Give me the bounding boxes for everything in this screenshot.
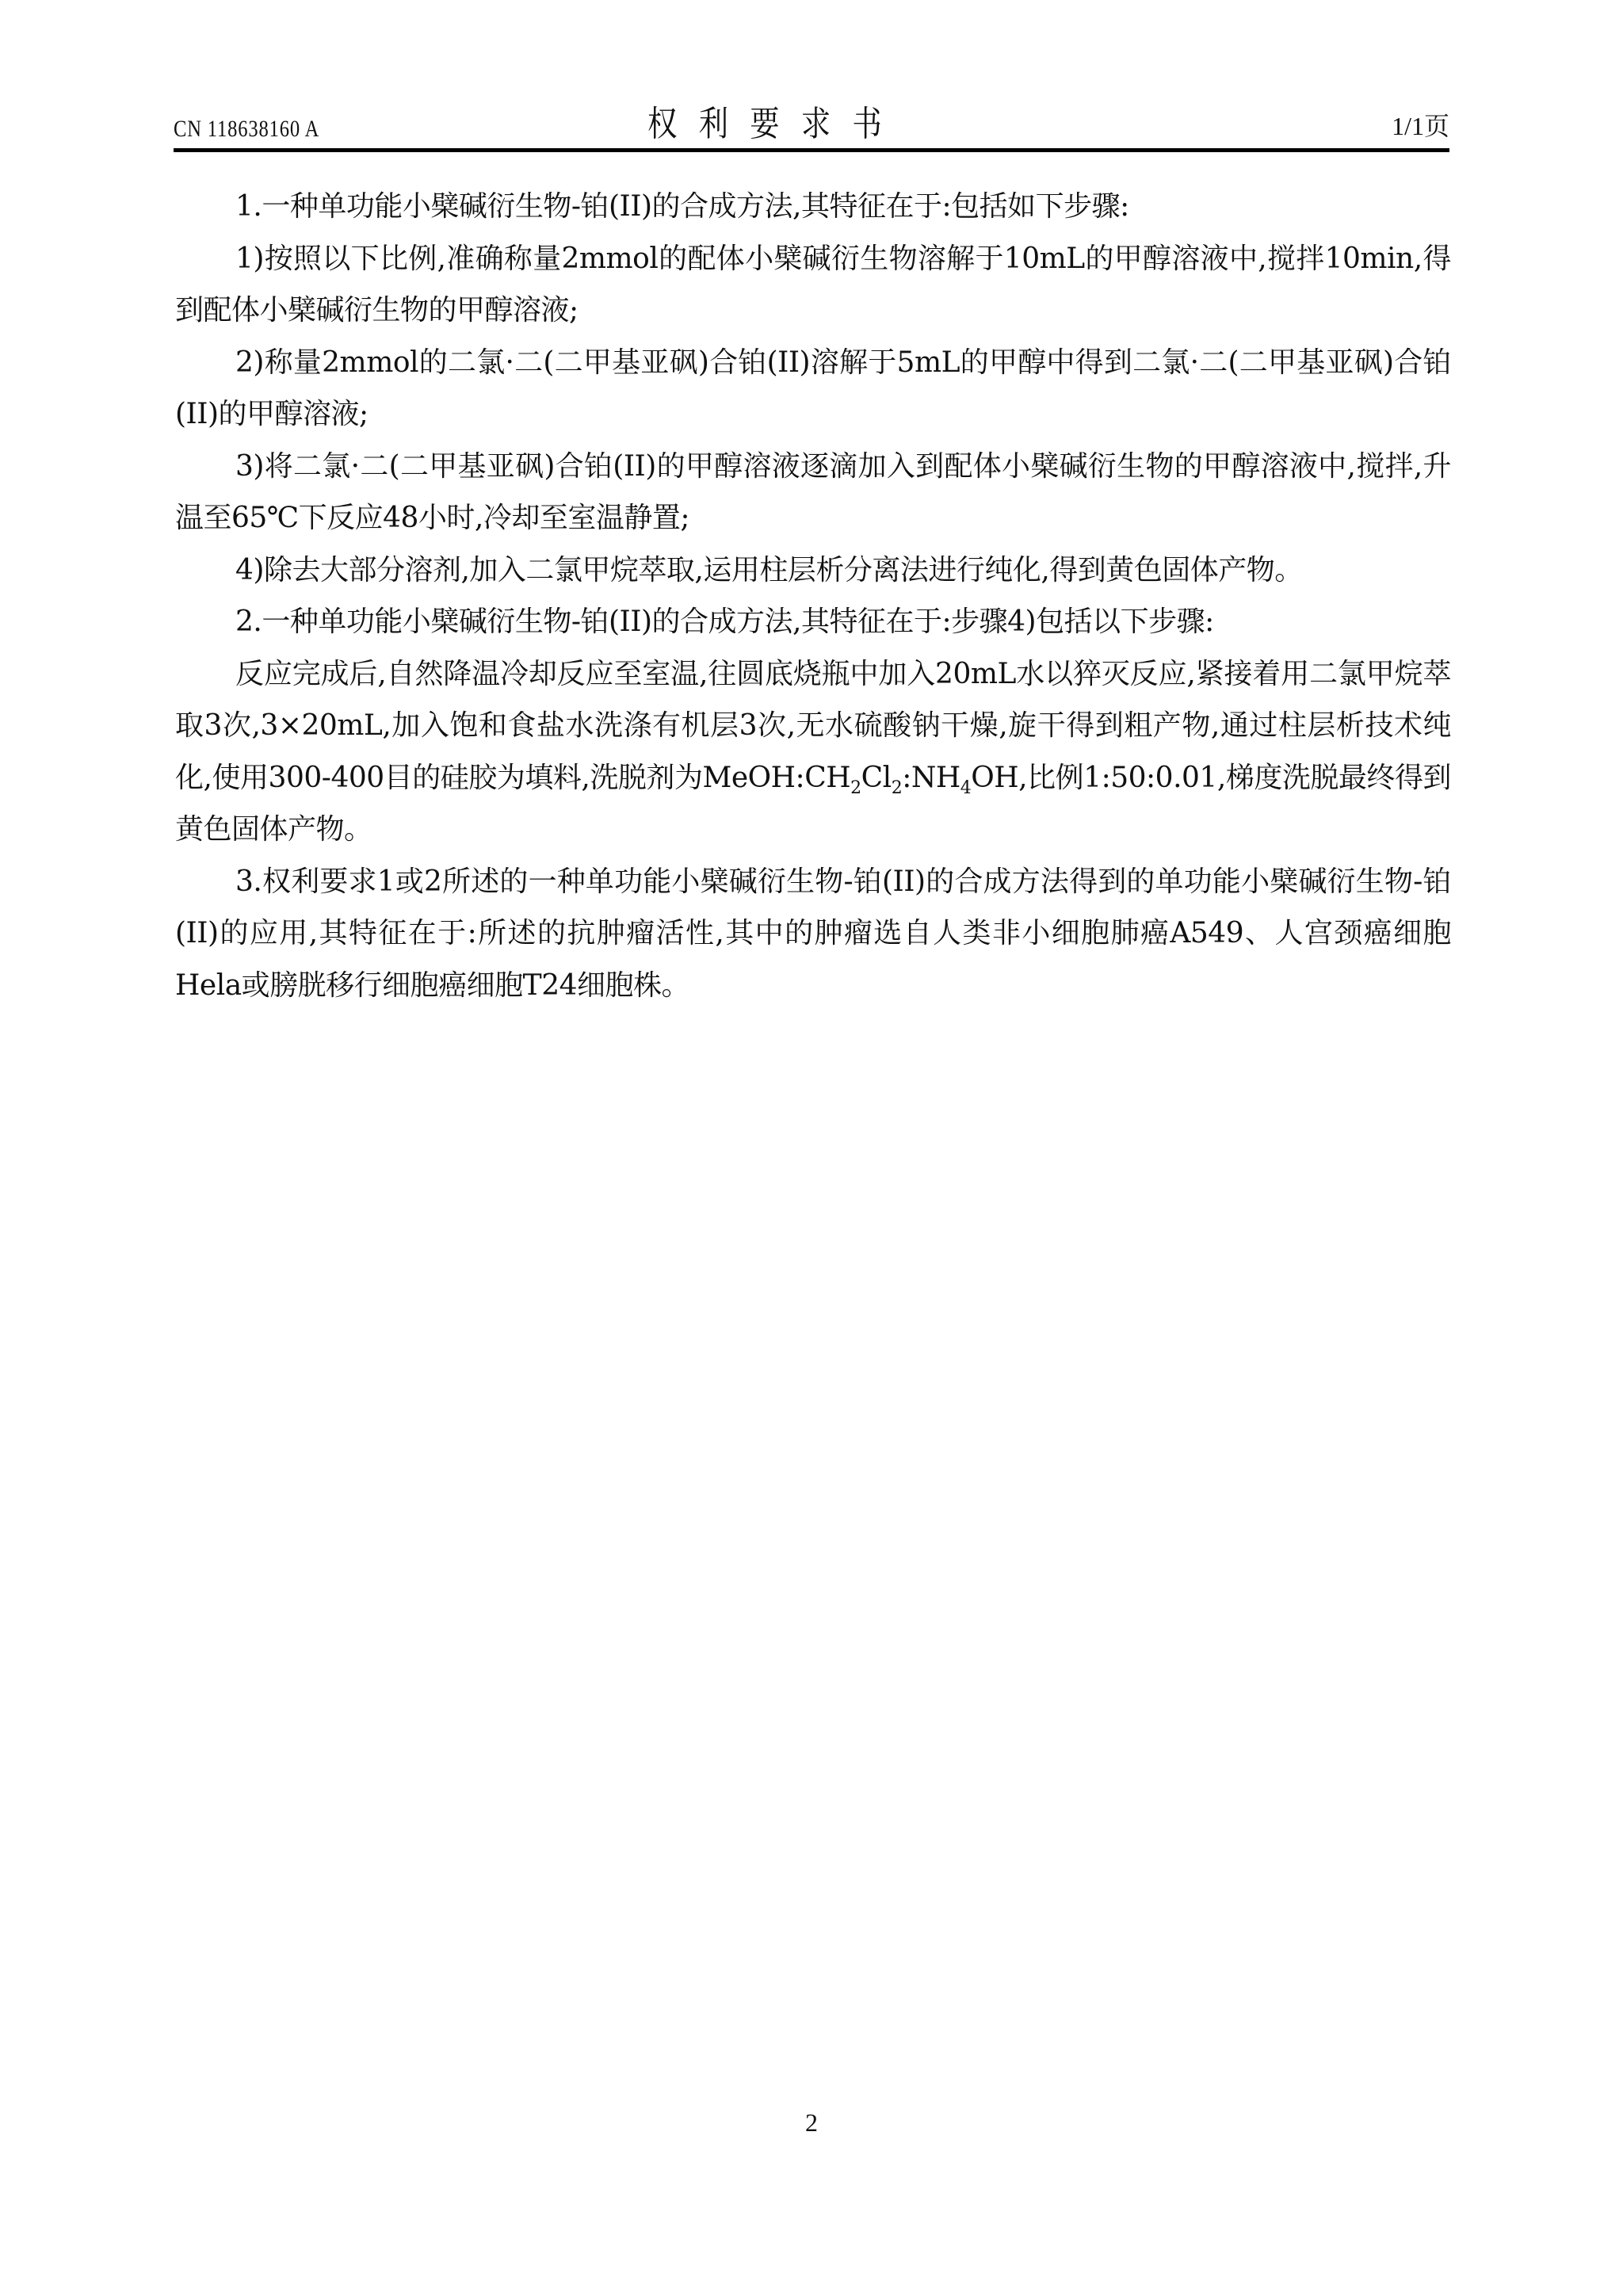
publication-number: CN 118638160 A <box>174 116 319 143</box>
claim-2-detail: 反应完成后,自然降温冷却反应至室温,往圆底烧瓶中加入20mL水以猝灭反应,紧接着… <box>175 648 1451 856</box>
header-divider <box>174 148 1449 152</box>
claim-1-step-3: 3)将二氯·二(二甲基亚砜)合铂(II)的甲醇溶液逐滴加入到配体小檗碱衍生物的甲… <box>175 441 1451 544</box>
formula-part: Cl <box>861 762 892 794</box>
formula-part: :NH <box>902 762 960 794</box>
claim-1-step-2: 2)称量2mmol的二氯·二(二甲基亚砜)合铂(II)溶解于5mL的甲醇中得到二… <box>175 337 1451 441</box>
formula-part: MeOH:CH <box>702 762 850 794</box>
formula-part: OH <box>971 762 1018 794</box>
claim-1-step-4: 4)除去大部分溶剂,加入二氯甲烷萃取,运用柱层析分离法进行纯化,得到黄色固体产物… <box>175 544 1451 597</box>
claim-1-title: 1.一种单功能小檗碱衍生物-铂(II)的合成方法,其特征在于:包括如下步骤: <box>175 181 1451 233</box>
eluent-formula: MeOH:CH2Cl2:NH4OH <box>702 762 1018 794</box>
formula-subscript: 2 <box>892 778 903 798</box>
document-title: 权利要求书 <box>647 95 903 146</box>
page-indicator: 1/1页 <box>1392 106 1449 143</box>
formula-subscript: 4 <box>960 778 972 798</box>
claims-body: 1.一种单功能小檗碱衍生物-铂(II)的合成方法,其特征在于:包括如下步骤: 1… <box>175 181 1451 1011</box>
patent-claims-page: CN 118638160 A 权利要求书 1/1页 1.一种单功能小檗碱衍生物-… <box>0 0 1623 2296</box>
page-number: 2 <box>0 2108 1623 2137</box>
claim-1-step-1: 1)按照以下比例,准确称量2mmol的配体小檗碱衍生物溶解于10mL的甲醇溶液中… <box>175 233 1451 337</box>
page-header: CN 118638160 A 权利要求书 1/1页 <box>174 95 1449 149</box>
formula-subscript: 2 <box>850 778 861 798</box>
claim-3-text: 3.权利要求1或2所述的一种单功能小檗碱衍生物-铂(II)的合成方法得到的单功能… <box>175 856 1451 1012</box>
claim-2-title: 2.一种单功能小檗碱衍生物-铂(II)的合成方法,其特征在于:步骤4)包括以下步… <box>175 596 1451 648</box>
